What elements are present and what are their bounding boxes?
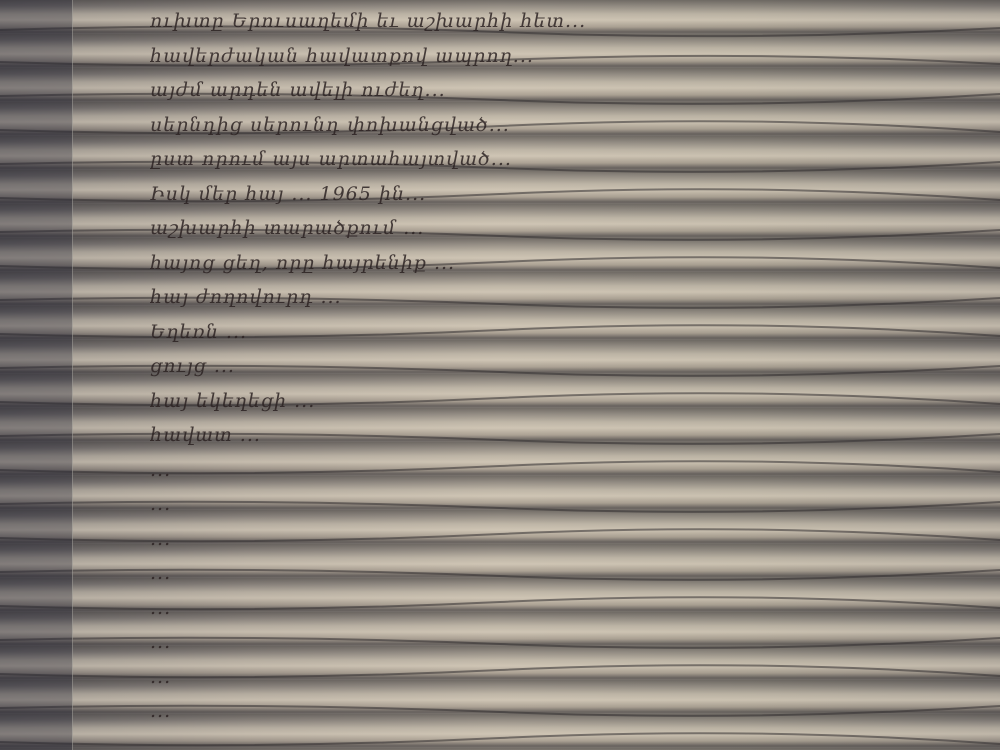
text-line: հավերժական հավատքով ապրող... — [150, 39, 980, 74]
text-line: հայոց ցեղ, որը հայրենիք ... — [150, 246, 980, 281]
text-line: ... — [150, 487, 980, 522]
text-line: ... — [150, 522, 980, 557]
text-line: հայ եկեղեցի ... — [150, 384, 980, 419]
text-line: ... — [150, 591, 980, 626]
text-line: ուխտը Երուսաղեմի եւ աշխարհի հետ... — [150, 4, 980, 39]
handwritten-text: ուխտը Երուսաղեմի եւ աշխարհի հետ... հավեր… — [150, 4, 980, 729]
text-line: ... — [150, 556, 980, 591]
text-line: սերնդից սերունդ փոխանցված... — [150, 108, 980, 143]
text-line: աշխարհի տարածքում ... — [150, 211, 980, 246]
text-line: ... — [150, 625, 980, 660]
text-line: Եղեռն ... — [150, 315, 980, 350]
text-line: ըստ որում այս արտահայտված... — [150, 142, 980, 177]
text-line: հայ ժողովուրդ ... — [150, 280, 980, 315]
text-line: ... — [150, 453, 980, 488]
text-line: ... — [150, 694, 980, 729]
text-line: այժմ արդեն ավելի ուժեղ... — [150, 73, 980, 108]
text-line: ... — [150, 660, 980, 695]
text-line: հավատ ... — [150, 418, 980, 453]
text-line: ցույց ... — [150, 349, 980, 384]
left-fabric-fold — [0, 0, 73, 750]
text-line: Իսկ մեր հայ ... 1965 ին... — [150, 177, 980, 212]
